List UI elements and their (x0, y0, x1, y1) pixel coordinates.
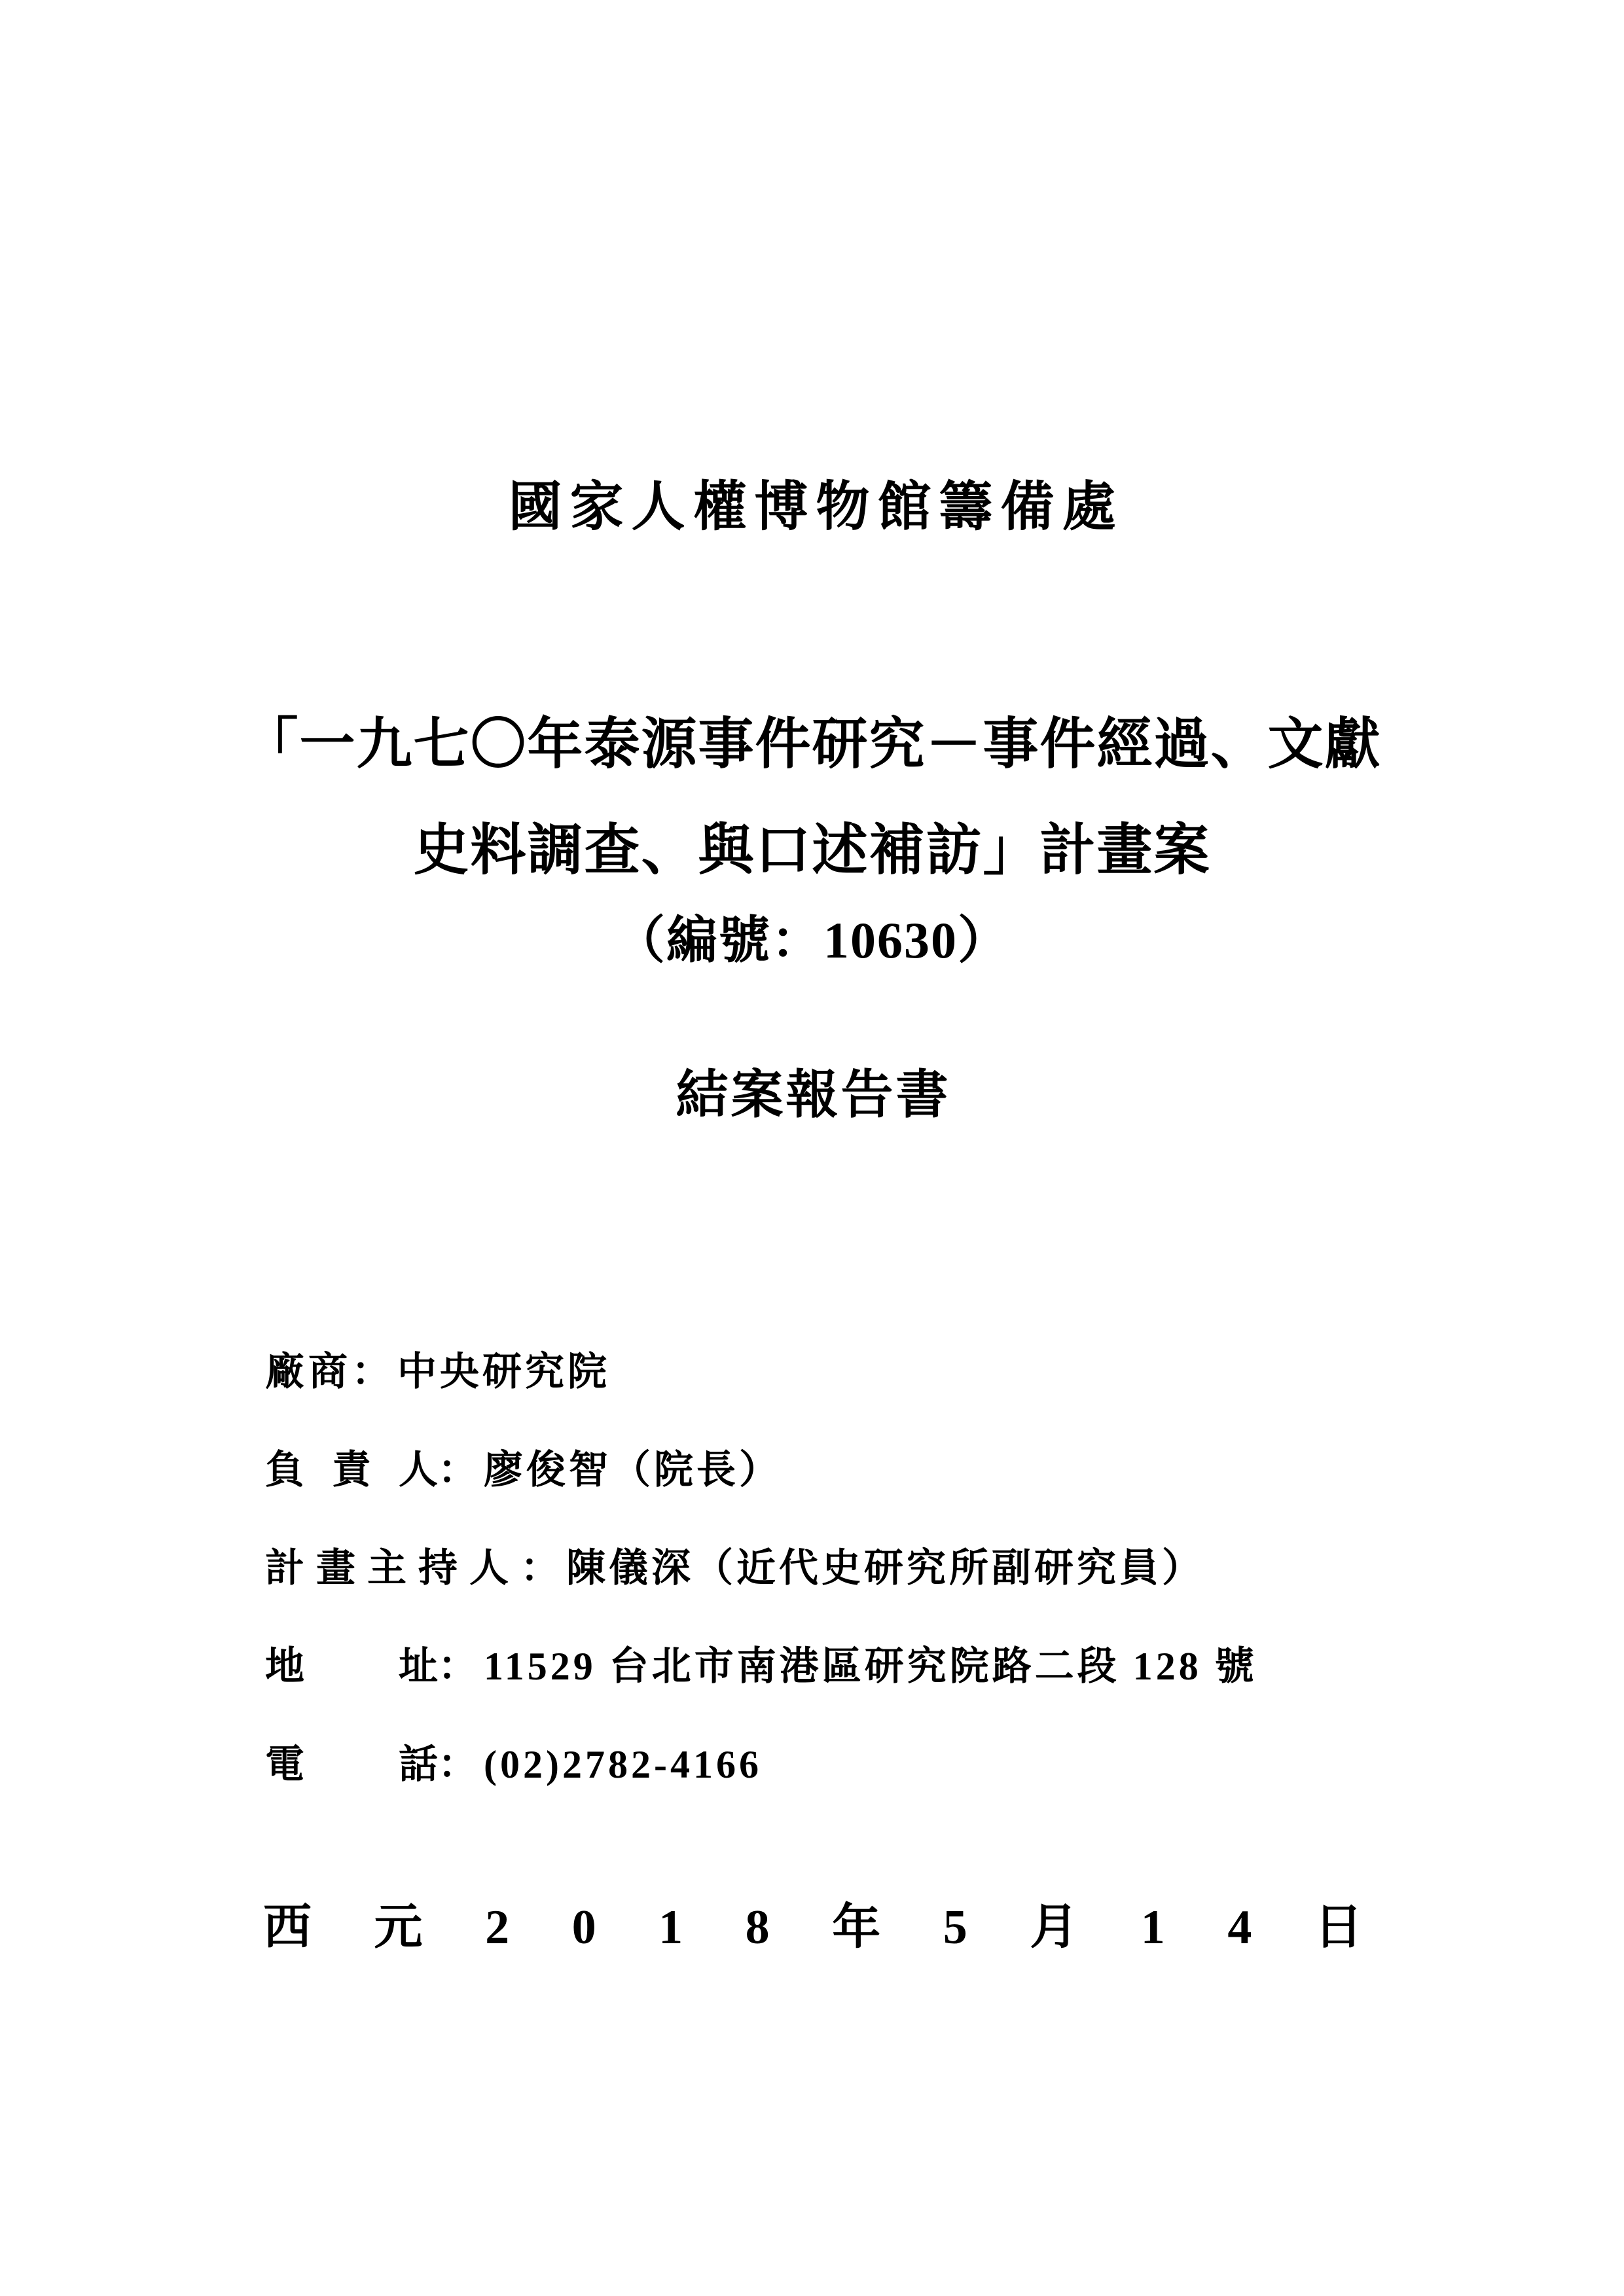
vendor-row: 廠商 ： 中央研究院 (265, 1352, 1257, 1450)
colon: ： (520, 1549, 560, 1588)
vendor-label: 廠商 (265, 1352, 352, 1391)
organization-title: 國家人權博物館籌備處 (0, 480, 1624, 534)
label-char: 負 (265, 1450, 304, 1490)
date-token: 年 (832, 1903, 880, 1952)
date-token: 5 (943, 1903, 967, 1952)
colon: ： (438, 1647, 477, 1686)
date-token: 8 (746, 1903, 770, 1952)
phone-value: (02)2782-4166 (484, 1745, 762, 1784)
date-token: 0 (572, 1903, 596, 1952)
principal-investigator-label: 計畫主持人 (265, 1549, 520, 1588)
date-token: 日 (1314, 1903, 1363, 1952)
date-token: 1 (1141, 1903, 1165, 1952)
address-value: 11529 台北市南港區研究院路二段 128 號 (484, 1647, 1257, 1686)
principal-investigator-value: 陳儀深（近代史研究所副研究員） (566, 1549, 1204, 1588)
vendor-value: 中央研究院 (397, 1352, 610, 1391)
date-token: 1 (659, 1903, 683, 1952)
label-char: 址 (399, 1647, 438, 1686)
date-line: 西 元 2 0 1 8 年 5 月 1 4 日 (263, 1903, 1363, 1952)
label-char: 電 (265, 1745, 304, 1784)
date-token: 2 (485, 1903, 509, 1952)
label-char: 話 (399, 1745, 438, 1784)
phone-label: 電 話 (265, 1745, 438, 1784)
responsible-person-row: 負 責 人 ： 廖俊智（院長） (265, 1450, 1257, 1549)
date-token: 元 (374, 1903, 423, 1952)
address-row: 地 址 ： 11529 台北市南港區研究院路二段 128 號 (265, 1647, 1257, 1745)
report-cover-page: 國家人權博物館籌備處 「一九七〇年泰源事件研究－事件經過、文獻 史料調查、與口述… (0, 0, 1624, 2296)
phone-row: 電 話 ： (02)2782-4166 (265, 1745, 1257, 1843)
label-char: 地 (265, 1647, 304, 1686)
colon: ： (438, 1745, 477, 1784)
principal-investigator-row: 計畫主持人 ： 陳儀深（近代史研究所副研究員） (265, 1549, 1257, 1647)
project-title-line-1: 「一九七〇年泰源事件研究－事件經過、文獻 (0, 717, 1624, 773)
report-type-title: 結案報告書 (0, 1069, 1624, 1122)
colon: ： (352, 1352, 391, 1391)
project-title-line-2: 史料調查、與口述補訪」計畫案 (0, 823, 1624, 879)
address-label: 地 址 (265, 1647, 438, 1686)
date-token: 4 (1227, 1903, 1252, 1952)
project-number: （編號：10630） (0, 915, 1624, 966)
label-char: 人 (399, 1450, 438, 1490)
date-token: 西 (263, 1903, 312, 1952)
info-block: 廠商 ： 中央研究院 負 責 人 ： 廖俊智（院長） 計畫主持人 ： 陳儀深（近… (265, 1352, 1257, 1843)
responsible-person-label: 負 責 人 (265, 1450, 438, 1490)
colon: ： (438, 1450, 477, 1490)
responsible-person-value: 廖俊智（院長） (484, 1450, 782, 1490)
label-char: 責 (332, 1450, 371, 1490)
date-token: 月 (1030, 1903, 1078, 1952)
